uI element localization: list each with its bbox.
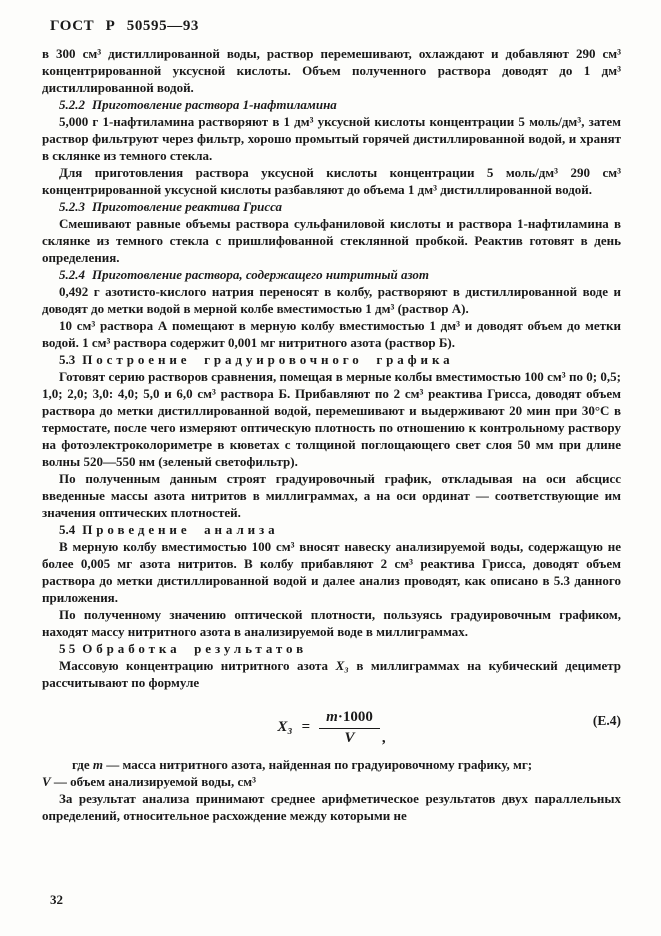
document-header: ГОСТ Р 50595—93 xyxy=(50,18,621,35)
page-number: 32 xyxy=(50,892,63,908)
section-heading-5-3: 5.3Построение градуировочного графика xyxy=(42,351,621,368)
section-title: Приготовление раствора, содержащего нитр… xyxy=(92,267,429,282)
section-number: 5.2.3 xyxy=(59,199,85,214)
formula-e4: Х₃ = m·1000 V , (Е.4) xyxy=(42,709,621,746)
section-number: 5.2.2 xyxy=(59,97,85,112)
formula-lhs: Х₃ xyxy=(277,719,292,736)
section-number: 5 5 xyxy=(59,641,75,656)
formula-comma: , xyxy=(382,730,386,747)
paragraph-continuation: в 300 см³ дистиллированной воды, раствор… xyxy=(42,45,621,96)
equals-sign: = xyxy=(302,719,311,736)
section-heading-5-2-3: 5.2.3Приготовление реактива Грисса xyxy=(42,198,621,215)
paragraph-optical-density: По полученному значению оптической плотн… xyxy=(42,606,621,640)
paragraph-nitrite-solution-b: 10 см³ раствора А помещают в мерную колб… xyxy=(42,317,621,351)
section-title: Обработка результатов xyxy=(82,641,307,656)
paragraph-griess-reagent: Смешивают равные объемы раствора сульфан… xyxy=(42,215,621,266)
paragraph-naphthylamine: 5,000 г 1-нафтиламина растворяют в 1 дм³… xyxy=(42,113,621,164)
paragraph-analysis-procedure: В мерную колбу вместимостью 100 см³ внос… xyxy=(42,538,621,606)
fraction-denominator: V xyxy=(345,729,355,747)
paragraph-mass-concentration: Массовую концентрацию нитритного азота Х… xyxy=(42,657,621,691)
paragraph-calibration-graph: По полученным данным строят градуировочн… xyxy=(42,470,621,521)
section-heading-5-2-2: 5.2.2Приготовление раствора 1-нафтиламин… xyxy=(42,96,621,113)
section-title: Построение градуировочного графика xyxy=(82,352,453,367)
section-heading-5-4: 5.4Проведение анализа xyxy=(42,521,621,538)
paragraph-nitrite-solution-a: 0,492 г азотисто-кислого натрия перенося… xyxy=(42,283,621,317)
paragraph-result: За результат анализа принимают среднее а… xyxy=(42,790,621,824)
section-number: 5.3 xyxy=(59,352,75,367)
variable-m: m xyxy=(93,757,103,772)
variable-x3: Х₃ xyxy=(336,658,349,673)
section-title: Приготовление реактива Грисса xyxy=(92,199,282,214)
formula-legend: где m — масса нитритного азота, найденна… xyxy=(42,756,621,790)
section-number: 5.4 xyxy=(59,522,75,537)
formula-number: (Е.4) xyxy=(593,714,621,729)
legend-line-m: где m — масса нитритного азота, найденна… xyxy=(42,756,621,773)
legend-line-v: V — объем анализируемой воды, см³ xyxy=(42,773,621,790)
fraction: m·1000 V xyxy=(319,709,380,746)
section-title: Приготовление раствора 1-нафтиламина xyxy=(92,97,337,112)
paragraph-acetic-acid: Для приготовления раствора уксусной кисл… xyxy=(42,164,621,198)
section-number: 5.2.4 xyxy=(59,267,85,282)
section-heading-5-5: 5 5Обработка результатов xyxy=(42,640,621,657)
paragraph-calibration-series: Готовят серию растворов сравнения, помещ… xyxy=(42,368,621,470)
fraction-numerator: m·1000 xyxy=(319,709,380,729)
variable-v: V xyxy=(42,774,51,789)
document-page: ГОСТ Р 50595—93 в 300 см³ дистиллированн… xyxy=(0,0,661,936)
section-heading-5-2-4: 5.2.4Приготовление раствора, содержащего… xyxy=(42,266,621,283)
document-body: в 300 см³ дистиллированной воды, раствор… xyxy=(42,45,621,824)
section-title: Проведение анализа xyxy=(82,522,278,537)
